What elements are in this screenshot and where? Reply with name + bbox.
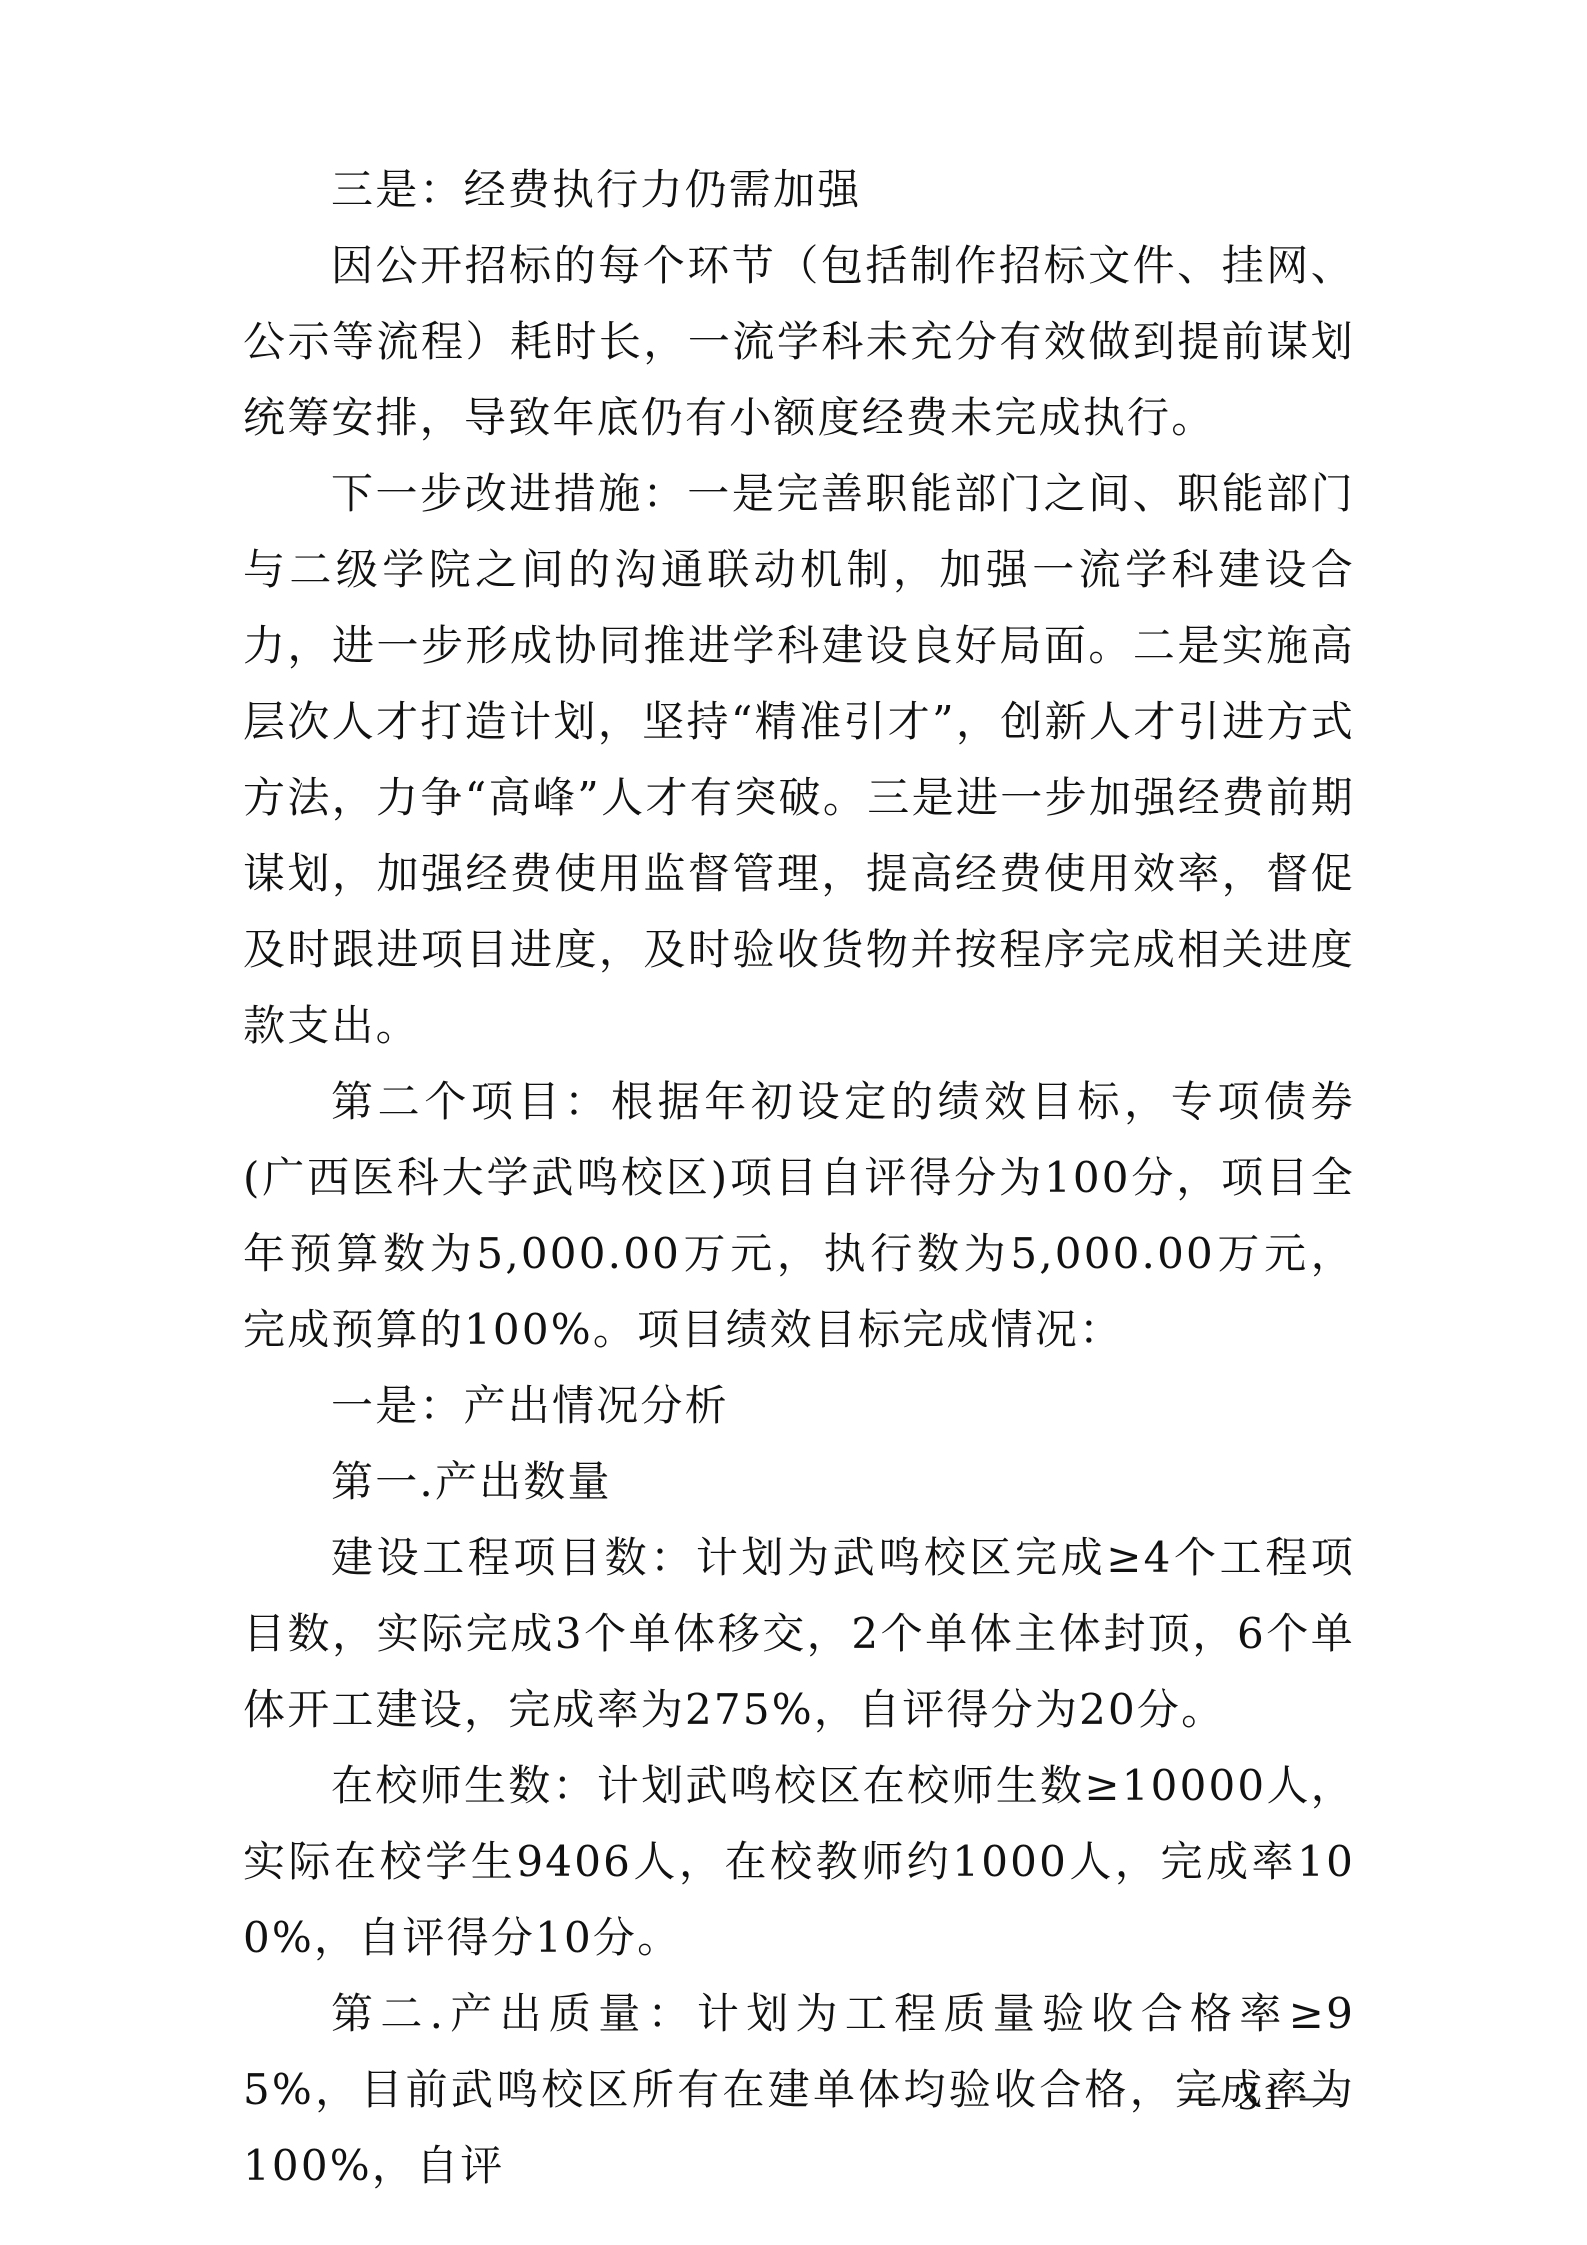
paragraph-heading-output-analysis: 一是：产出情况分析 [243, 1368, 1355, 1444]
document-page: 三是：经费执行力仍需加强 因公开招标的每个环节（包括制作招标文件、挂网、公示等流… [243, 152, 1355, 2204]
paragraph-teachers-students: 在校师生数：计划武鸣校区在校师生数≥10000人，实际在校学生9406人，在校教… [243, 1748, 1355, 1976]
paragraph-improvement-measures: 下一步改进措施：一是完善职能部门之间、职能部门与二级学院之间的沟通联动机制，加强… [243, 456, 1355, 1064]
paragraph-heading-output-quantity: 第一.产出数量 [243, 1444, 1355, 1520]
paragraph-construction-projects: 建设工程项目数：计划为武鸣校区完成≥4个工程项目数，实际完成3个单体移交，2个单… [243, 1520, 1355, 1748]
paragraph-bidding-delay: 因公开招标的每个环节（包括制作招标文件、挂网、公示等流程）耗时长，一流学科未充分… [243, 228, 1355, 456]
page-number: — 31 — [1180, 2066, 1344, 2126]
paragraph-heading-funding-execution: 三是：经费执行力仍需加强 [243, 152, 1355, 228]
paragraph-second-project-summary: 第二个项目：根据年初设定的绩效目标，专项债券(广西医科大学武鸣校区)项目自评得分… [243, 1064, 1355, 1368]
